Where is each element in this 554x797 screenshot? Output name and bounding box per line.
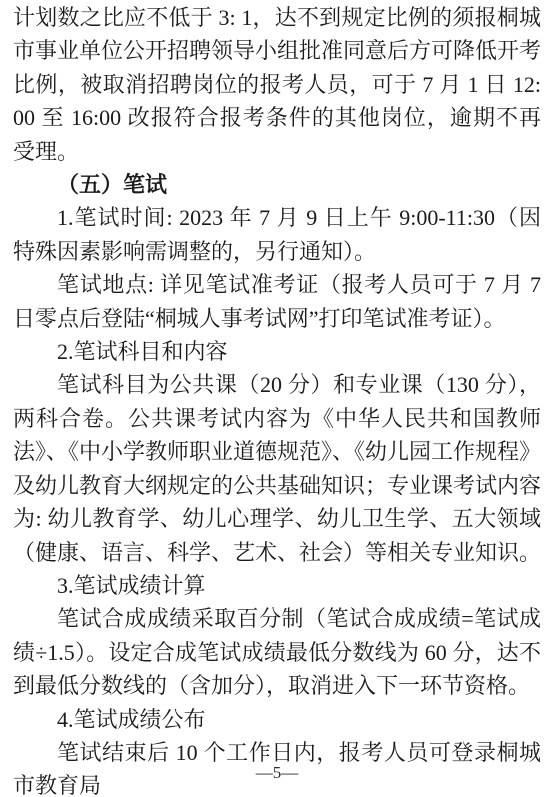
- subheading-score-calculation: 3.笔试成绩计算: [13, 569, 541, 602]
- document-page: 计划数之比应不低于 3: 1，达不到规定比例的须报桐城市事业单位公开招聘领导小组…: [0, 0, 554, 797]
- section-heading-written-exam: （五）笔试: [13, 168, 541, 201]
- paragraph-exam-time: 1.笔试时间: 2023 年 7 月 9 日上午 9:00-11:30（因特殊因…: [13, 201, 541, 268]
- subheading-exam-subjects: 2.笔试科目和内容: [13, 335, 541, 368]
- paragraph-score-calculation: 笔试合成成绩采取百分制（笔试合成成绩=笔试成绩÷1.5）。设定合成笔试成绩最低分…: [13, 602, 541, 702]
- paragraph-exam-location: 笔试地点: 详见笔试准考证（报考人员可于 7 月 7 日零点后登陆“桐城人事考试…: [13, 268, 541, 335]
- paragraph-exam-subjects-content: 笔试科目为公共课（20 分）和专业课（130 分），两科合卷。公共课考试内容为《…: [13, 368, 541, 568]
- subheading-score-announcement: 4.笔试成绩公布: [13, 703, 541, 736]
- page-number: —5—: [0, 763, 554, 783]
- paragraph-open-exam-ratio: 计划数之比应不低于 3: 1，达不到规定比例的须报桐城市事业单位公开招聘领导小组…: [13, 1, 541, 168]
